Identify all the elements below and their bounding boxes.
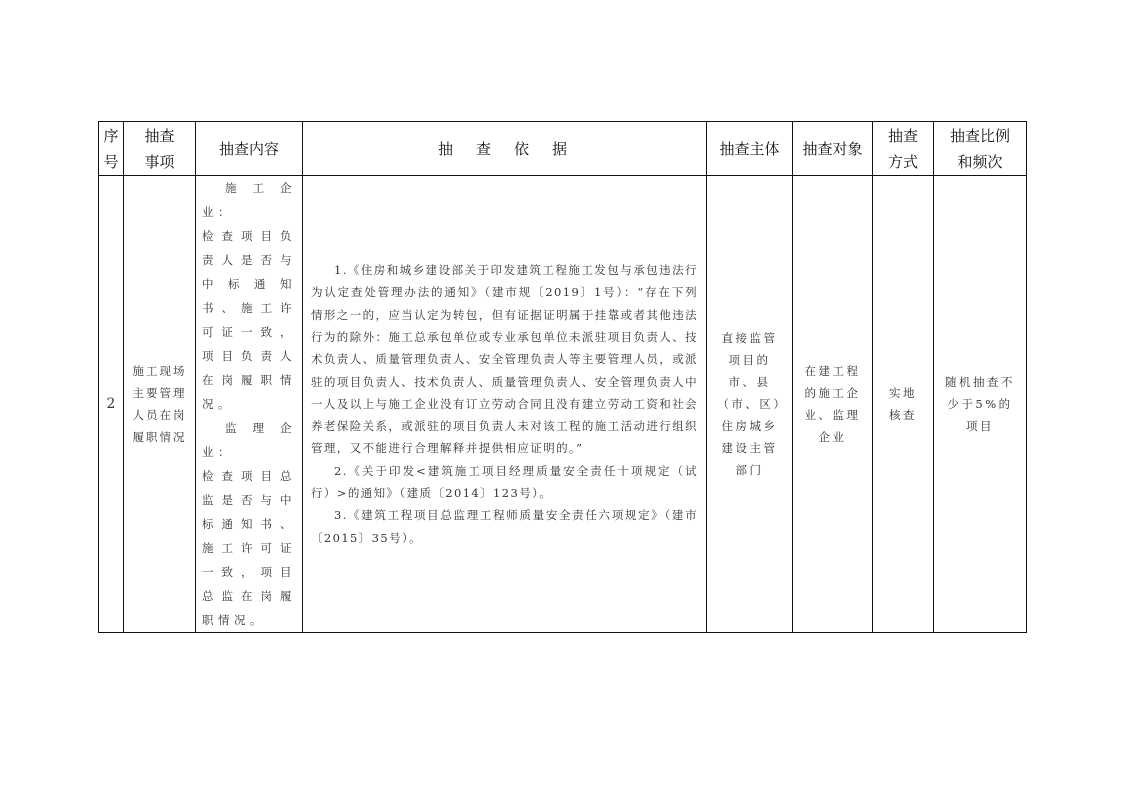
inspection-content: 施工企业： 检查项目负责人是否与中标通知书、施工许可证一致，项目负责人在岗履职情… bbox=[196, 176, 303, 633]
basis-item-3: 3.《建筑工程项目总监理工程师质量安全责任六项规定》（建市〔2015〕35号）。 bbox=[311, 504, 698, 549]
inspection-method: 实地核查 bbox=[873, 176, 934, 633]
supervision-body: 检查项目总监是否与中标通知书、施工许可证一致，项目总监在岗履职情况。 bbox=[202, 464, 296, 632]
header-target: 抽查对象 bbox=[793, 122, 873, 176]
header-no: 序号 bbox=[99, 122, 124, 176]
header-basis: 抽 查 依 据 bbox=[303, 122, 707, 176]
basis-item-2: 2.《关于印发<建筑施工项目经理质量安全责任十项规定（试行）>的通知》（建质〔2… bbox=[311, 460, 698, 505]
inspection-basis: 1.《住房和城乡建设部关于印发建筑工程施工发包与承包违法行为认定查处管理办法的通… bbox=[303, 176, 707, 633]
inspection-target: 在建工程的施工企业、监理企业 bbox=[793, 176, 873, 633]
header-item: 抽查事项 bbox=[124, 122, 196, 176]
supervision-title: 监理企业： bbox=[202, 416, 296, 464]
header-subject: 抽查主体 bbox=[707, 122, 793, 176]
construction-title: 施工企业： bbox=[202, 176, 296, 224]
header-ratio: 抽查比例和频次 bbox=[934, 122, 1027, 176]
table-row: 2 施工现场主要管理人员在岗履职情况 施工企业： 检查项目负责人是否与中标通知书… bbox=[99, 176, 1027, 633]
inspection-item: 施工现场主要管理人员在岗履职情况 bbox=[124, 176, 196, 633]
inspection-subject: 直接监管项目的市、县（市、区）住房城乡建设主管部门 bbox=[707, 176, 793, 633]
inspection-table: 序号 抽查事项 抽查内容 抽 查 依 据 抽查主体 抽查对象 抽查方式 抽查比例… bbox=[98, 121, 1027, 633]
header-method: 抽查方式 bbox=[873, 122, 934, 176]
header-row: 序号 抽查事项 抽查内容 抽 查 依 据 抽查主体 抽查对象 抽查方式 抽查比例… bbox=[99, 122, 1027, 176]
basis-item-1: 1.《住房和城乡建设部关于印发建筑工程施工发包与承包违法行为认定查处管理办法的通… bbox=[311, 259, 698, 460]
header-content: 抽查内容 bbox=[196, 122, 303, 176]
inspection-ratio: 随机抽查不少于5%的项目 bbox=[934, 176, 1027, 633]
row-number: 2 bbox=[99, 176, 124, 633]
construction-body: 检查项目负责人是否与中标通知书、施工许可证一致，项目负责人在岗履职情况。 bbox=[202, 224, 296, 416]
